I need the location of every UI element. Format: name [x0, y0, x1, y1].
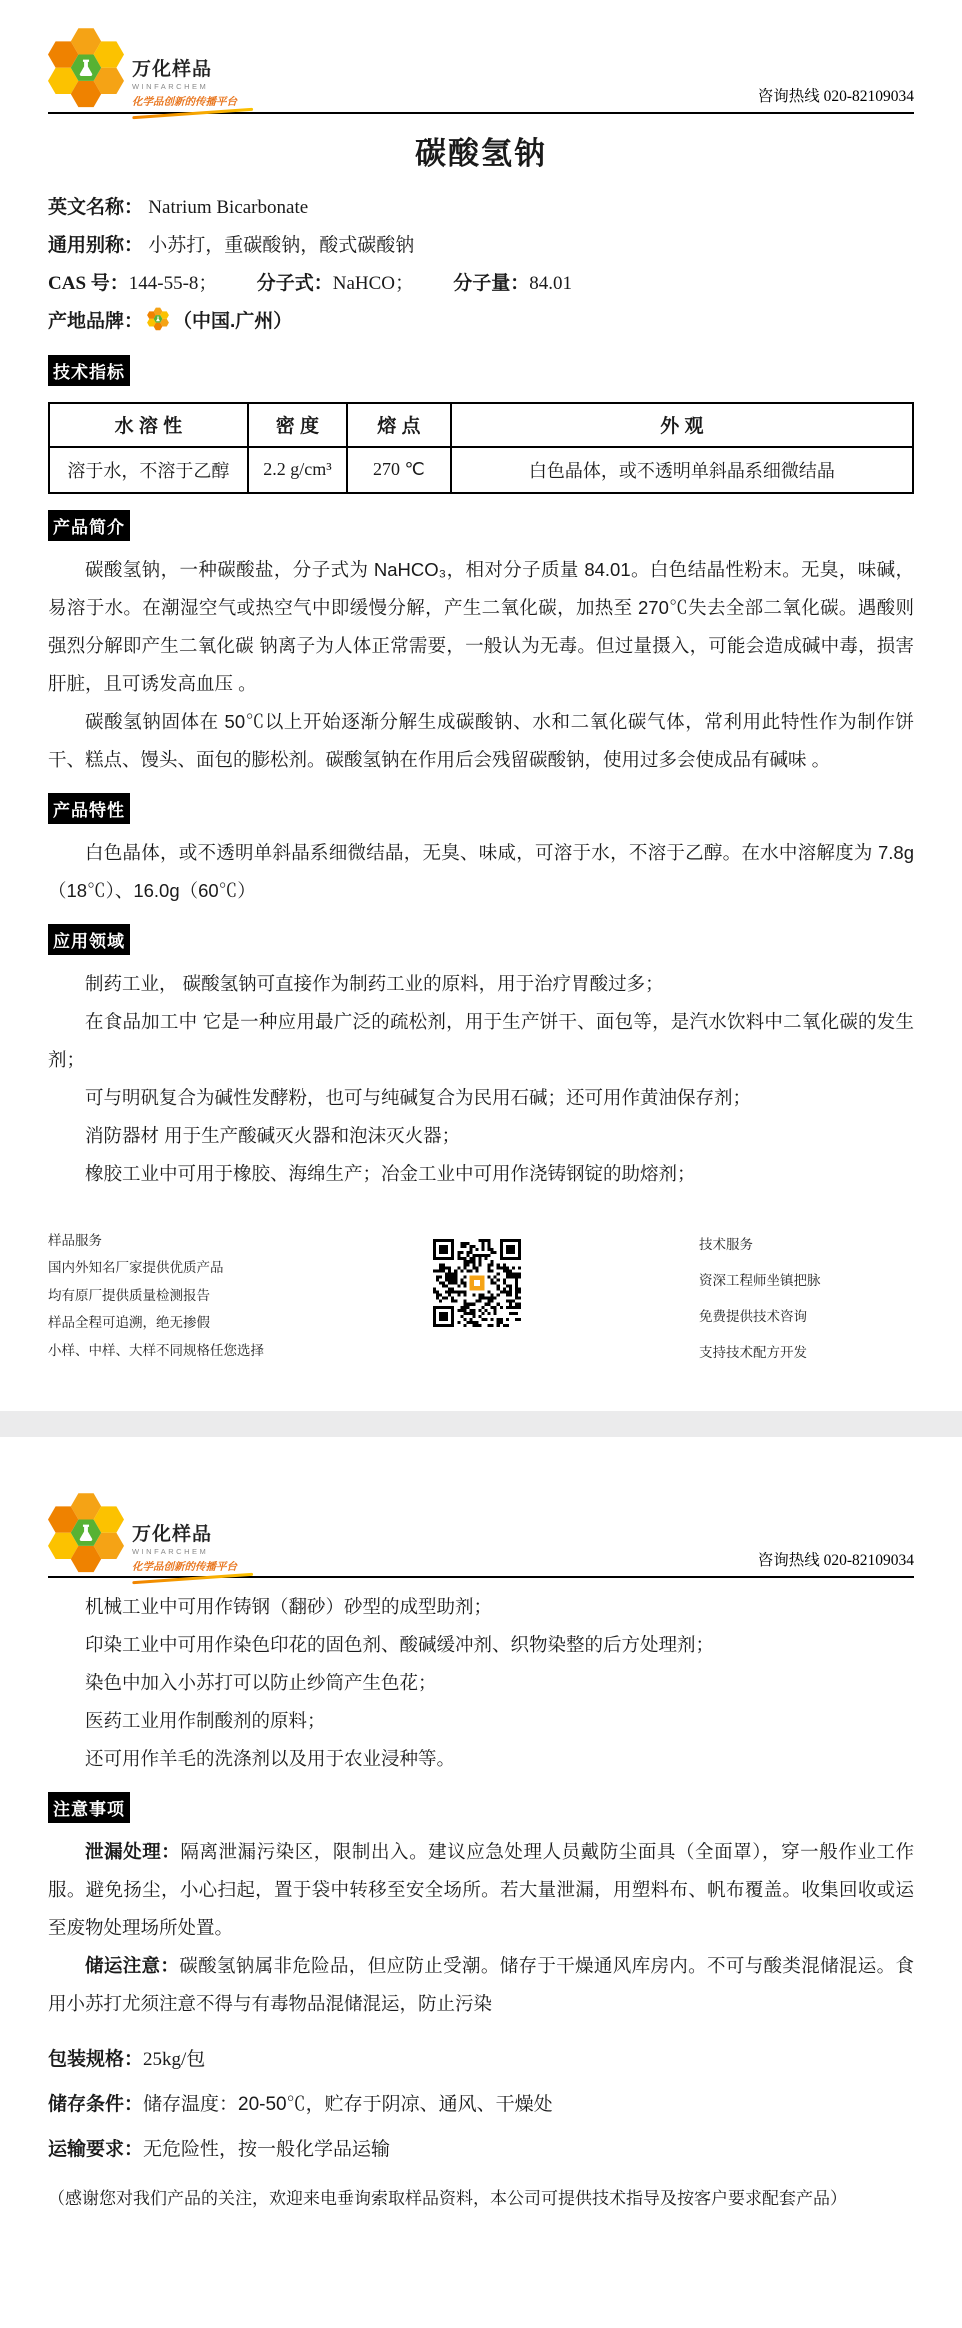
page-2: 万化样品 WINFARCHEM 化学品创新的传播平台 咨询热线 020-8210…	[0, 1437, 962, 2328]
product-fields: 英文名称： Natrium Bicarbonate 通用别称： 小苏打，重碳酸钠…	[48, 189, 914, 341]
closing-note: （感谢您对我们产品的关注，欢迎来电垂询索取样品资料，本公司可提供技术指导及按客户…	[48, 2180, 914, 2218]
section-label-tech-specs: 技术指标	[48, 355, 130, 386]
note-storage-transport: 储运注意：碳酸氢钠属非危险品，但应防止受潮。储存于干燥通风库房内。不可与酸类混储…	[48, 1947, 914, 2023]
service-line: 免费提供技术咨询	[699, 1299, 914, 1335]
features-paragraph: 白色晶体，或不透明单斜晶系细微结晶，无臭、味咸，可溶于水，不溶于乙醇。在水中溶解…	[48, 834, 914, 910]
application-item: 橡胶工业中可用于橡胶、海绵生产；冶金工业中可用作浇铸钢锭的助熔剂；	[48, 1155, 914, 1193]
section-label-notes: 注意事项	[48, 1792, 130, 1823]
brand-logo: 万化样品 WINFARCHEM 化学品创新的传播平台	[48, 1465, 348, 1577]
application-item: 在食品加工中 它是一种应用最广泛的疏松剂，用于生产饼干、面包等，是汽水饮料中二氧…	[48, 1003, 914, 1079]
qr-code	[433, 1239, 521, 1332]
tech-spec-header-row: 水 溶 性 密 度 熔 点 外 观	[49, 403, 913, 447]
sample-service-list: 样品服务 国内外知名厂家提供优质产品 均有原厂提供质量检测报告 样品全程可追溯，…	[48, 1227, 433, 1365]
document-root: 万化样品 WINFARCHEM 化学品创新的传播平台 咨询热线 020-8210…	[0, 0, 962, 2328]
intro-paragraph-1: 碳酸氢钠，一种碳酸盐，分子式为 NaHCO₃，相对分子质量 84.01。白色结晶…	[48, 551, 914, 703]
service-line: 技术服务	[699, 1227, 914, 1263]
page1-header: 万化样品 WINFARCHEM 化学品创新的传播平台 咨询热线 020-8210…	[48, 0, 914, 114]
service-line: 资深工程师坐镇把脉	[699, 1263, 914, 1299]
page1-footer: 样品服务 国内外知名厂家提供优质产品 均有原厂提供质量检测报告 样品全程可追溯，…	[48, 1227, 914, 1371]
application-item: 制药工业， 碳酸氢钠可直接作为制药工业的原料，用于治疗胃酸过多；	[48, 965, 914, 1003]
brand-slogan: 化学品创新的传播平台	[132, 1559, 237, 1577]
honeycomb-logo-icon	[48, 1491, 124, 1575]
mini-honeycomb-icon	[147, 307, 169, 331]
application-item: 医药工业用作制酸剂的原料；	[48, 1702, 914, 1740]
tech-spec-data-row: 溶于水，不溶于乙醇 2.2 g/cm³ 270 ℃ 白色晶体，或不透明单斜晶系细…	[49, 447, 913, 493]
brand-name: 万化样品	[132, 1519, 237, 1546]
service-line: 样品全程可追溯，绝无掺假	[48, 1309, 433, 1337]
honeycomb-logo-icon	[48, 26, 124, 110]
page-separator	[0, 1411, 962, 1437]
application-item: 印染工业中可用作染色印花的固色剂、酸碱缓冲剂、织物染整的后方处理剂；	[48, 1626, 914, 1664]
brand-logo: 万化样品 WINFARCHEM 化学品创新的传播平台	[48, 0, 348, 112]
section-label-intro: 产品简介	[48, 510, 130, 541]
intro-paragraph-2: 碳酸氢钠固体在 50℃以上开始逐渐分解生成碳酸钠、水和二氧化碳气体，常利用此特性…	[48, 703, 914, 779]
service-line: 样品服务	[48, 1227, 433, 1255]
section-label-features: 产品特性	[48, 793, 130, 824]
hotline: 咨询热线 020-82109034	[758, 84, 914, 106]
service-line: 支持技术配方开发	[699, 1335, 914, 1371]
brand-latin-name: WINFARCHEM	[132, 82, 237, 91]
spec-transport: 运输要求：无危险性，按一般化学品运输	[48, 2127, 914, 2172]
brand-slogan: 化学品创新的传播平台	[132, 94, 237, 112]
note-leak-handling: 泄漏处理：隔离泄漏污染区，限制出入。建议应急处理人员戴防尘面具（全面罩），穿一般…	[48, 1833, 914, 1947]
service-line: 国内外知名厂家提供优质产品	[48, 1254, 433, 1282]
application-item: 染色中加入小苏打可以防止纱筒产生色花；	[48, 1664, 914, 1702]
field-cas-formula-weight: CAS 号：144-55-8； 分子式：NaHCO； 分子量：84.01	[48, 265, 914, 303]
page2-header: 万化样品 WINFARCHEM 化学品创新的传播平台 咨询热线 020-8210…	[48, 1465, 914, 1579]
application-item: 消防器材 用于生产酸碱灭火器和泡沫灭火器；	[48, 1117, 914, 1155]
tech-service-list: 技术服务 资深工程师坐镇把脉 免费提供技术咨询 支持技术配方开发	[699, 1227, 914, 1371]
hotline: 咨询热线 020-82109034	[758, 1548, 914, 1570]
tech-spec-table: 水 溶 性 密 度 熔 点 外 观 溶于水，不溶于乙醇 2.2 g/cm³ 27…	[48, 402, 914, 494]
page-1: 万化样品 WINFARCHEM 化学品创新的传播平台 咨询热线 020-8210…	[0, 0, 962, 1371]
brand-latin-name: WINFARCHEM	[132, 1547, 237, 1556]
spec-storage-conditions: 储存条件：储存温度：20-50℃，贮存于阴凉、通风、干燥处	[48, 2082, 914, 2127]
service-line: 均有原厂提供质量检测报告	[48, 1282, 433, 1310]
section-label-applications: 应用领域	[48, 924, 130, 955]
application-item: 机械工业中可用作铸钢（翻砂）砂型的成型助剂；	[48, 1588, 914, 1626]
field-alias: 通用别称： 小苏打，重碳酸钠，酸式碳酸钠	[48, 227, 914, 265]
service-line: 小样、中样、大样不同规格任您选择	[48, 1337, 433, 1365]
product-title: 碳酸氢钠	[48, 128, 914, 173]
field-english-name: 英文名称： Natrium Bicarbonate	[48, 189, 914, 227]
field-origin-brand: 产地品牌：（中国.广州）	[48, 303, 914, 341]
spec-packing: 包装规格：25kg/包	[48, 2037, 914, 2082]
brand-name: 万化样品	[132, 54, 237, 81]
application-item: 可与明矾复合为碱性发酵粉，也可与纯碱复合为民用石碱；还可用作黄油保存剂；	[48, 1079, 914, 1117]
application-item: 还可用作羊毛的洗涤剂以及用于农业浸种等。	[48, 1740, 914, 1778]
